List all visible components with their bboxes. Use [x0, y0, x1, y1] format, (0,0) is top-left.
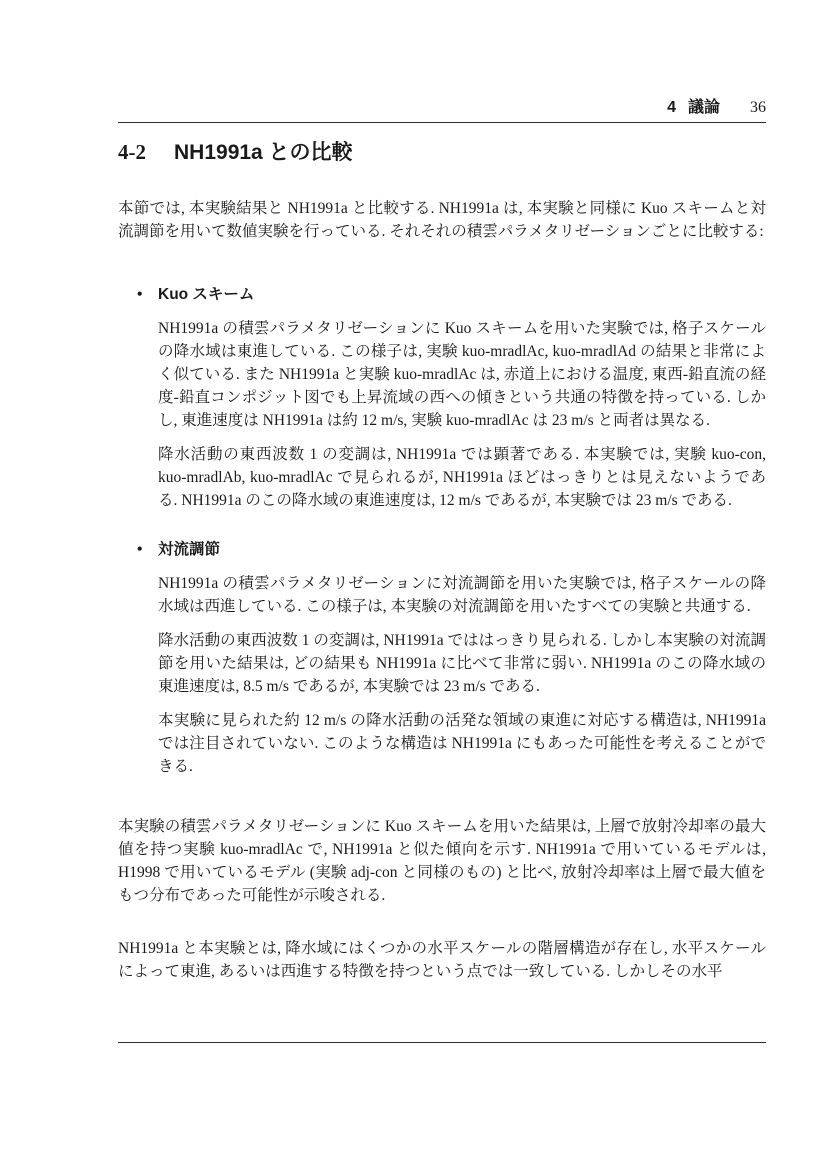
- bullet-icon: •: [137, 283, 142, 306]
- header-section-number: 4: [667, 99, 676, 117]
- bullet-icon: •: [137, 538, 142, 561]
- header-section-title: 議論: [688, 94, 720, 117]
- item-label-kuo-scheme: Kuo スキーム: [158, 283, 766, 306]
- running-header: 4 議論 36: [118, 94, 766, 123]
- closing-paragraph-1: 本実験の積雲パラメタリゼーションに Kuo スキームを用いた結果は, 上層で放射…: [118, 815, 766, 907]
- item-paragraph: 本実験に見られた約 12 m/s の降水活動の活発な領域の東進に対応する構造は,…: [158, 709, 766, 778]
- list-item-convective-adjustment: • 対流調節 NH1991a の積雲パラメタリゼーションに対流調節を用いた実験で…: [118, 538, 766, 778]
- section-number: 4-2: [118, 140, 146, 165]
- item-paragraph: 降水活動の東西波数 1 の変調は, NH1991a でははっきり見られる. しか…: [158, 629, 766, 698]
- closing-paragraph-2: NH1991a と本実験とは, 降水域にはくつかの水平スケールの階層構造が存在し…: [118, 937, 766, 983]
- item-label-convective-adjustment: 対流調節: [158, 538, 766, 561]
- footer-rule: [118, 1042, 766, 1043]
- intro-paragraph: 本節では, 本実験結果と NH1991a と比較する. NH1991a は, 本…: [118, 197, 766, 243]
- bullet-list: • Kuo スキーム NH1991a の積雲パラメタリゼーションに Kuo スキ…: [118, 283, 766, 778]
- item-paragraph: NH1991a の積雲パラメタリゼーションに対流調節を用いた実験では, 格子スケ…: [158, 572, 766, 618]
- list-item-kuo-scheme: • Kuo スキーム NH1991a の積雲パラメタリゼーションに Kuo スキ…: [118, 283, 766, 512]
- body-text: 本節では, 本実験結果と NH1991a と比較する. NH1991a は, 本…: [118, 197, 766, 983]
- section-heading: 4-2 NH1991a との比較: [118, 136, 766, 166]
- document-page: 4 議論 36 4-2 NH1991a との比較 本節では, 本実験結果と NH…: [0, 0, 826, 1169]
- item-paragraph: NH1991a の積雲パラメタリゼーションに Kuo スキームを用いた実験では,…: [158, 317, 766, 432]
- item-paragraph: 降水活動の東西波数 1 の変調は, NH1991a では顕著である. 本実験では…: [158, 443, 766, 512]
- header-page-number: 36: [750, 99, 766, 117]
- section-title: NH1991a との比較: [174, 136, 353, 166]
